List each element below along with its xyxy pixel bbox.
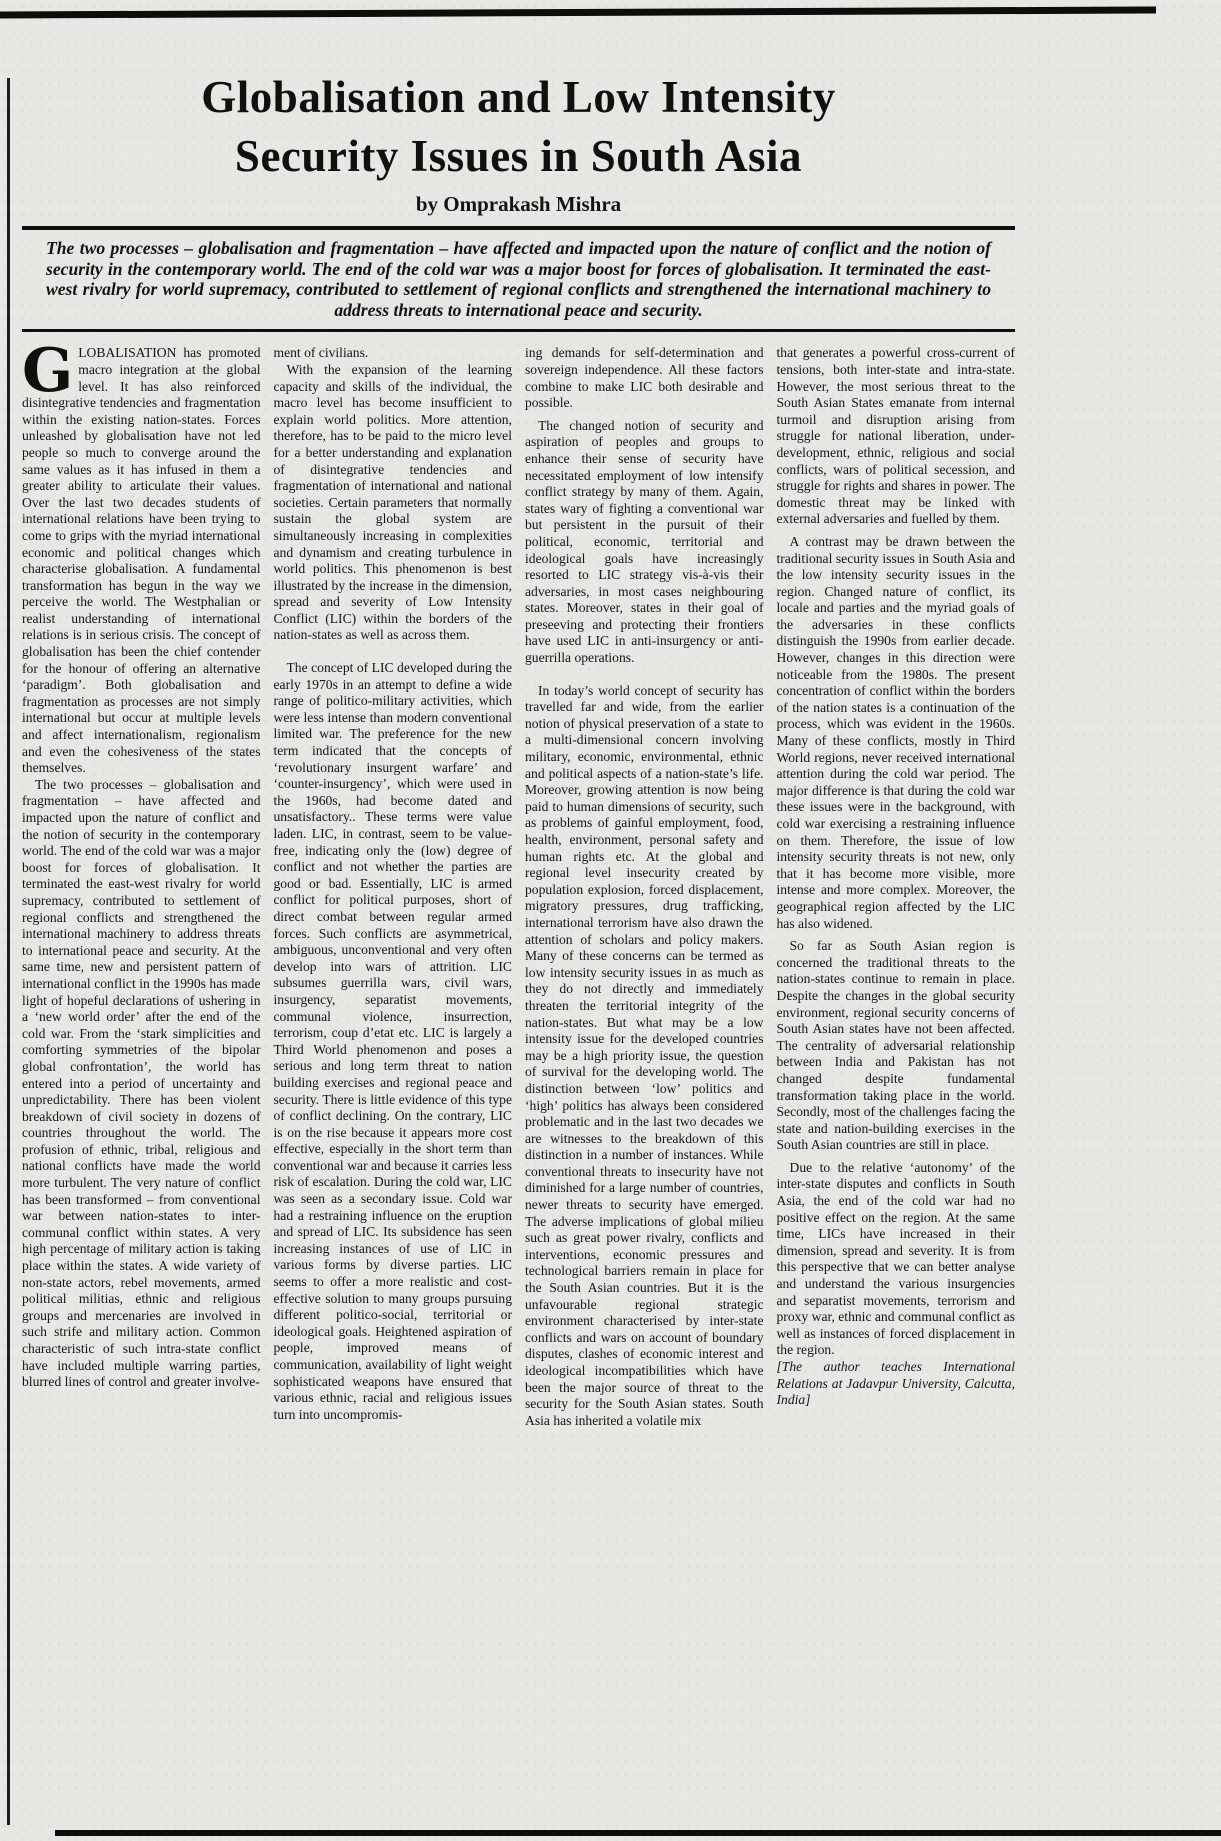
article: Globalisation and Low IntensitySecurity …	[22, 58, 1015, 1825]
abstract: The two processes – globalisation and fr…	[22, 238, 1015, 320]
title-line-2: Security Issues in South Asia	[235, 131, 802, 181]
paragraph: In today’s world concept of security has…	[525, 683, 764, 1430]
page-title: Globalisation and Low IntensitySecurity …	[22, 68, 1015, 185]
paragraph: With the expansion of the learning capac…	[274, 362, 513, 644]
paragraph: So far as South Asian region is concerne…	[777, 938, 1016, 1154]
article-body: GLOBALISATION has promoted macro integra…	[22, 345, 1015, 1825]
paragraph: A contrast may be drawn between the trad…	[777, 534, 1016, 932]
byline: by Omprakash Mishra	[22, 192, 1015, 217]
column-1: GLOBALISATION has promoted macro integra…	[22, 345, 261, 1825]
column-4: that generates a powerful cross-current …	[777, 345, 1016, 1825]
top-border-rule	[0, 6, 1156, 18]
paragraph-text: LOBALISATION has promoted macro integrat…	[22, 345, 261, 775]
column-2: ment of civilians. With the expansion of…	[274, 345, 513, 1825]
paragraph: The changed notion of security and aspir…	[525, 418, 764, 667]
author-note: [The author teaches International Relati…	[777, 1359, 1016, 1409]
left-border-rule	[7, 78, 10, 1825]
paragraph: ment of civilians.	[274, 345, 513, 362]
paragraph: that generates a powerful cross-current …	[777, 345, 1016, 528]
bottom-border-rule	[55, 1830, 1221, 1836]
paragraph: Due to the relative ‘autonomy’ of the in…	[777, 1160, 1016, 1359]
paragraph: GLOBALISATION has promoted macro integra…	[22, 345, 261, 776]
drop-cap: G	[22, 345, 78, 394]
abstract-rule	[22, 329, 1015, 332]
header-rule	[22, 226, 1015, 230]
paragraph: The concept of LIC developed during the …	[274, 660, 513, 1423]
title-line-1: Globalisation and Low Intensity	[201, 72, 835, 122]
paragraph: ing demands for self-determination and s…	[525, 345, 764, 411]
paragraph: The two processes – globalisation and fr…	[22, 777, 261, 1391]
column-3: ing demands for self-determination and s…	[525, 345, 764, 1825]
